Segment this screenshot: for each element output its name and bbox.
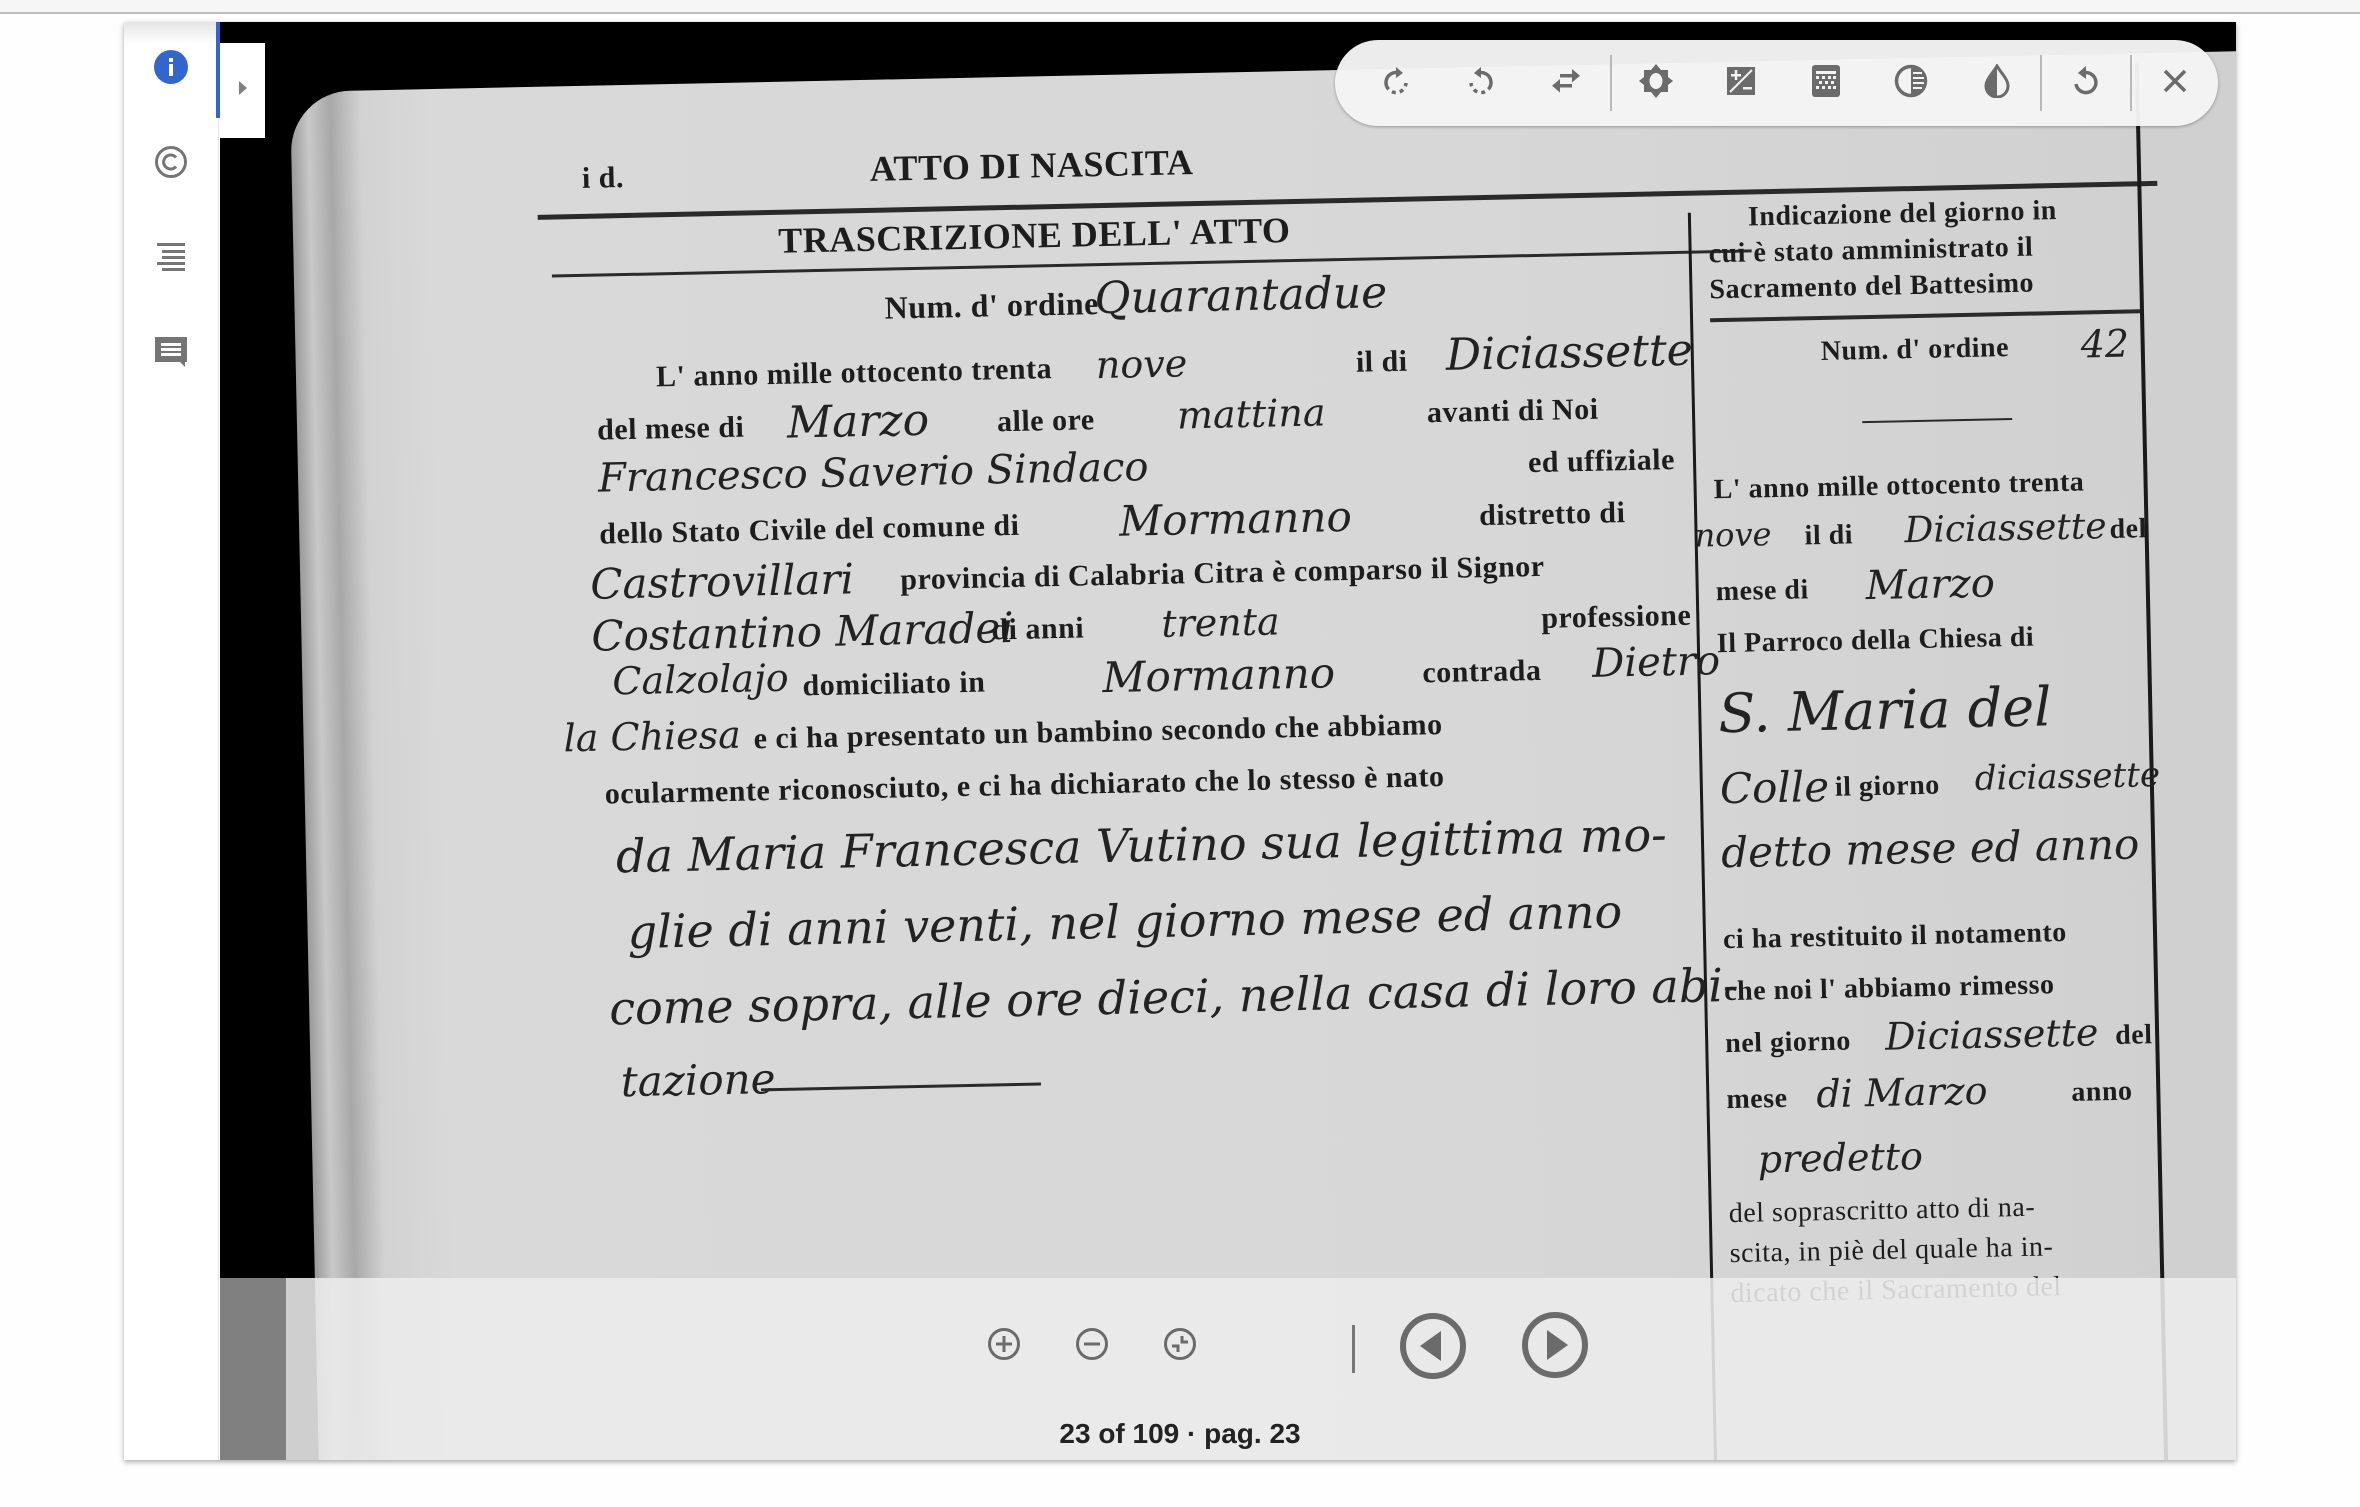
contrast-button[interactable] xyxy=(1869,40,1954,126)
zoom-out-icon xyxy=(1075,1327,1109,1366)
doc-body: L' anno mille ottocento trenta nove il d… xyxy=(596,331,1702,1118)
close-adjust-toolbar-button[interactable] xyxy=(2133,40,2218,126)
brightness-icon xyxy=(1638,63,1674,104)
toolbar-separator xyxy=(2040,55,2042,111)
sidebar xyxy=(124,22,219,1460)
previous-page-icon xyxy=(1398,1368,1468,1385)
previous-page-button[interactable] xyxy=(1398,1311,1468,1381)
invert-button[interactable] xyxy=(1954,40,2039,126)
reset-icon xyxy=(2071,64,2101,103)
flip-button[interactable] xyxy=(1524,40,1609,126)
doc-corner-mark: i d. xyxy=(582,161,625,196)
sidebar-item-rights[interactable] xyxy=(124,117,218,211)
viewer-card: i d. ATTO DI NASCITA TRASCRIZIONE DELL' … xyxy=(124,22,2236,1460)
sidebar-item-contents[interactable] xyxy=(124,212,218,306)
exposure-plus-minus-icon xyxy=(1725,65,1757,102)
rotate-clockwise-icon xyxy=(1381,65,1411,102)
close-icon xyxy=(2162,68,2188,99)
doc-order-value: Quarantadue xyxy=(1094,267,1388,324)
toolbar-separator xyxy=(1610,55,1612,111)
doc-section-title: TRASCRIZIONE DELL' ATTO xyxy=(778,209,1291,262)
scanned-document-page: i d. ATTO DI NASCITA TRASCRIZIONE DELL' … xyxy=(290,50,2236,1460)
grain-grid-icon xyxy=(1811,64,1841,103)
document-content: i d. ATTO DI NASCITA TRASCRIZIONE DELL' … xyxy=(290,50,2236,1460)
zoom-in-icon xyxy=(987,1327,1021,1366)
image-viewer[interactable]: i d. ATTO DI NASCITA TRASCRIZIONE DELL' … xyxy=(220,22,2236,1460)
exposure-button[interactable] xyxy=(1698,40,1783,126)
sidebar-collapse-toggle[interactable] xyxy=(220,43,265,138)
next-page-icon xyxy=(1520,1367,1590,1384)
rotate-counterclockwise-icon xyxy=(1466,65,1496,102)
doc-right-column: Indicazione del giorno in cui è stato am… xyxy=(1708,193,2161,1314)
reset-button[interactable] xyxy=(2043,40,2128,126)
brightness-button[interactable] xyxy=(1613,40,1698,126)
info-icon xyxy=(154,50,188,89)
browser-top-strip xyxy=(0,0,2360,14)
zoom-in-button[interactable] xyxy=(960,1316,1048,1376)
zoom-controls xyxy=(960,1316,1224,1376)
page-indicator: 23 of 109 · pag. 23 xyxy=(220,1418,2236,1450)
comment-icon xyxy=(154,335,188,374)
sidebar-item-feedback[interactable] xyxy=(124,307,218,401)
page-indicator-text: 23 of 109 · pag. 23 xyxy=(1059,1418,1300,1449)
contrast-icon xyxy=(1894,64,1928,103)
rotate-right-button[interactable] xyxy=(1353,40,1438,126)
zoom-out-button[interactable] xyxy=(1048,1316,1136,1376)
fit-to-screen-icon xyxy=(1163,1327,1197,1366)
saturation-button[interactable] xyxy=(1784,40,1869,126)
table-of-contents-icon xyxy=(154,240,188,279)
page-navigation-bar: 23 of 109 · pag. 23 xyxy=(220,1278,2236,1460)
swap-horizontal-icon xyxy=(1550,67,1582,100)
fit-to-screen-button[interactable] xyxy=(1136,1316,1224,1376)
triangle-right-icon xyxy=(237,79,249,102)
doc-order-label: Num. d' ordine xyxy=(884,285,1099,326)
doc-title: ATTO DI NASCITA xyxy=(869,141,1193,190)
invert-colors-drop-icon xyxy=(1983,64,2011,103)
nav-separator xyxy=(1352,1325,1355,1373)
copyright-icon xyxy=(154,145,188,184)
toolbar-separator xyxy=(2130,55,2132,111)
rotate-left-button[interactable] xyxy=(1438,40,1523,126)
next-page-button[interactable] xyxy=(1520,1310,1590,1380)
sidebar-item-info[interactable] xyxy=(124,22,218,116)
image-adjust-toolbar xyxy=(1335,40,2218,126)
